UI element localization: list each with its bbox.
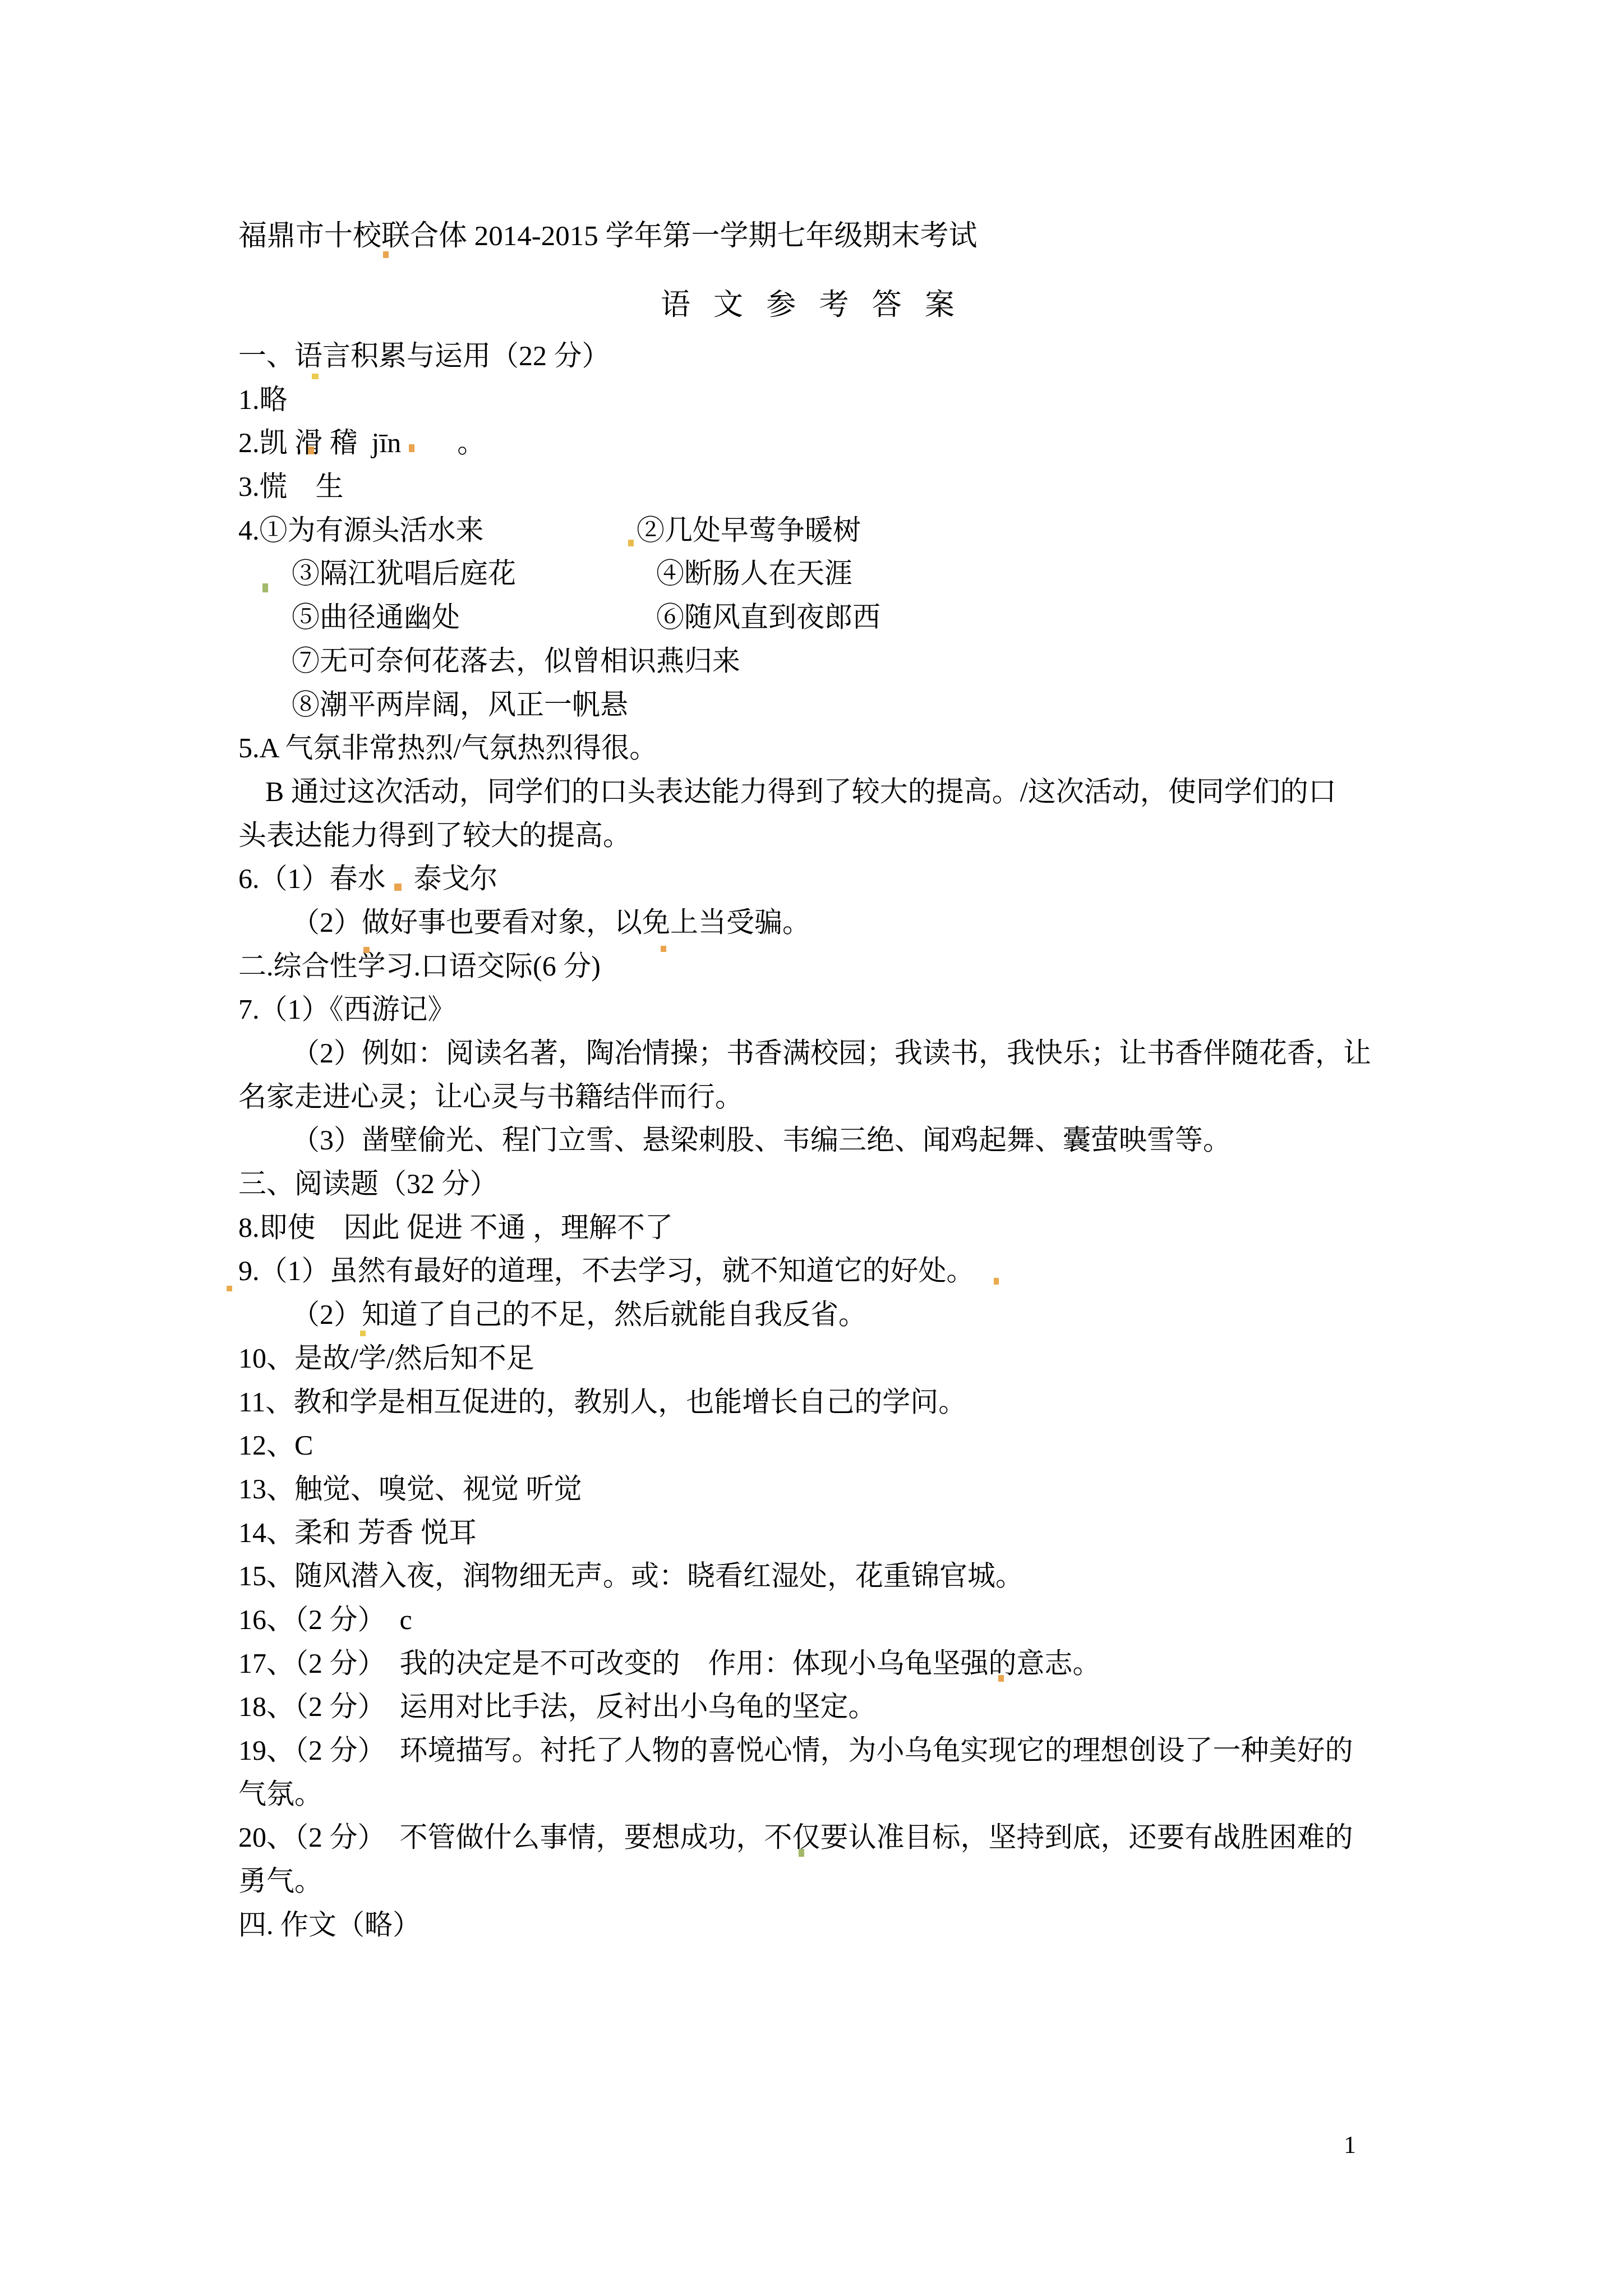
answer-line: 8.即使 因此 促进 不通 ，理解不了	[238, 1206, 1461, 1250]
scan-artifact	[998, 1675, 1004, 1682]
answer-line-col2: ⑥随风直到夜郎西	[656, 596, 880, 639]
scan-artifact	[312, 374, 319, 379]
scan-artifact	[628, 540, 634, 546]
scan-artifact	[363, 947, 370, 953]
scan-artifact	[262, 583, 268, 592]
page: 福鼎市十校联合体 2014-2015 学年第一学期七年级期末考试 语 文 参 考…	[0, 0, 1623, 2296]
scan-artifact	[409, 444, 414, 452]
answer-line: 17、（2 分） 我的决定是不可改变的 作用：体现小乌龟坚强的意志。	[238, 1642, 1461, 1686]
answer-line: 一、语言积累与运用（22 分）	[238, 334, 1461, 378]
answer-line: 7.（1）《西游记》	[238, 988, 1461, 1032]
answer-line: （2）例如：阅读名著，陶冶情操；书香满校园；我读书，我快乐；让书香伴随花香，让	[238, 1032, 1461, 1075]
answer-line-col2: ②几处早莺争暖树	[637, 509, 861, 553]
scan-artifact	[227, 1286, 232, 1291]
answer-line: 名家走进心灵；让心灵与书籍结伴而行。	[238, 1075, 1461, 1119]
answer-line: 15、随风潜入夜，润物细无声。或：晓看红湿处，花重锦官城。	[238, 1554, 1461, 1598]
answer-line: 三、阅读题（32 分）	[238, 1162, 1461, 1206]
answer-line: 11、教和学是相互促进的，教别人，也能增长自己的学问。	[238, 1381, 1461, 1424]
answer-line-col2: ④断肠人在天涯	[656, 552, 852, 596]
answer-line: 19、（2 分） 环境描写。衬托了人物的喜悦心情，为小乌龟实现它的理想创设了一种…	[238, 1729, 1461, 1773]
answer-line: 13、触觉、嗅觉、视觉 听觉	[238, 1467, 1461, 1511]
answer-line: ③隔江犹唱后庭花④断肠人在天涯	[238, 552, 1461, 596]
answer-line: 14、柔和 芳香 悦耳	[238, 1511, 1461, 1555]
page-number: 1	[1344, 2129, 1356, 2161]
answer-line: 3.慌 生	[238, 465, 1461, 509]
answer-line: 勇气。	[238, 1860, 1461, 1903]
answer-line: ⑧潮平两岸阔，风正一帆悬	[238, 683, 1461, 727]
scan-artifact	[994, 1278, 999, 1285]
answer-line: ⑦无可奈何花落去，似曾相识燕归来	[238, 639, 1461, 683]
answer-line: 4.①为有源头活水来②几处早莺争暖树	[238, 509, 1461, 553]
answer-line: 1.略	[238, 378, 1461, 422]
answer-line: 9.（1）虽然有最好的道理，不去学习，就不知道它的好处。	[238, 1249, 1461, 1293]
answer-line: 18、（2 分） 运用对比手法，反衬出小乌龟的坚定。	[238, 1685, 1461, 1729]
answer-line: 5.A 气氛非常热烈/气氛热烈得很。	[238, 726, 1461, 770]
scan-artifact	[308, 447, 314, 454]
answer-line: （2）知道了自己的不足，然后就能自我反省。	[238, 1293, 1461, 1337]
answer-line: B 通过这次活动，同学们的口头表达能力得到了较大的提高。/这次活动，使同学们的口	[238, 770, 1461, 814]
document-title: 福鼎市十校联合体 2014-2015 学年第一学期七年级期末考试	[238, 219, 978, 254]
answer-line: 16、（2 分） c	[238, 1598, 1461, 1642]
answer-line: （2）做好事也要看对象，以免上当受骗。	[238, 901, 1461, 945]
content-lines: 一、语言积累与运用（22 分）1.略2.凯 滑 稽 jīn 。3.慌 生4.①为…	[238, 334, 1461, 1947]
answer-line: 头表达能力得到了较大的提高。	[238, 814, 1461, 858]
answer-line: ⑤曲径通幽处⑥随风直到夜郎西	[238, 596, 1461, 639]
scan-artifact	[383, 251, 389, 258]
scan-artifact	[360, 1331, 366, 1336]
answer-line: 20、（2 分） 不管做什么事情，要想成功，不仅要认准目标，坚持到底，还要有战胜…	[238, 1816, 1461, 1860]
answer-line: 6.（1）春水 泰戈尔	[238, 857, 1461, 901]
answers-heading: 语 文 参 考 答 案	[0, 287, 1623, 323]
answer-line: 气氛。	[238, 1773, 1461, 1816]
scan-artifact	[799, 1849, 804, 1857]
answer-line: 四. 作文（略）	[238, 1903, 1461, 1947]
answer-line: 12、C	[238, 1424, 1461, 1467]
scan-artifact	[661, 946, 666, 952]
answer-line: 2.凯 滑 稽 jīn 。	[238, 421, 1461, 465]
answer-line: 10、是故/学/然后知不足	[238, 1337, 1461, 1381]
scan-artifact	[394, 884, 402, 891]
answer-line: 二.综合性学习.口语交际(6 分)	[238, 945, 1461, 988]
answer-line: （3）凿壁偷光、程门立雪、悬梁刺股、韦编三绝、闻鸡起舞、囊萤映雪等。	[238, 1119, 1461, 1162]
